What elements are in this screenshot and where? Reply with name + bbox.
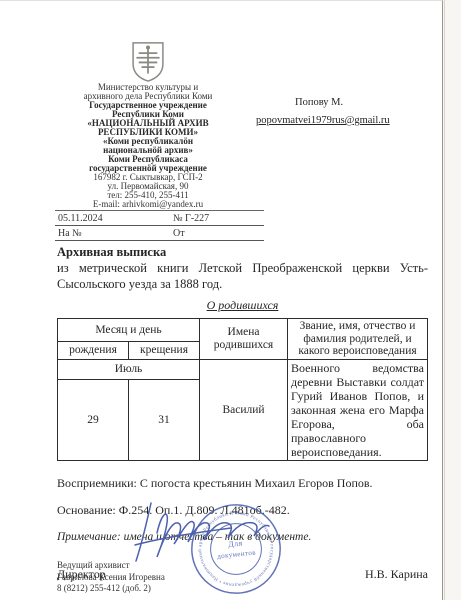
signer-name: Н.В. Карина — [365, 567, 428, 582]
doc-date: 05.11.2024 — [55, 213, 173, 224]
section-heading: О родившихся — [57, 298, 428, 313]
col-header-birth: рождения — [58, 341, 129, 359]
addressee-name: Попову М. — [295, 97, 343, 108]
cell-birth-day: 29 — [58, 380, 129, 460]
ref-block: 05.11.2024 № Г-227 На № От — [55, 210, 264, 241]
cell-child-name: Василий — [200, 359, 288, 460]
col-header-baptism: крещения — [129, 341, 200, 359]
cell-parents: Военного ведомства деревни Выставки солд… — [288, 359, 428, 460]
doc-number: № Г-227 — [173, 213, 264, 224]
section-heading-text: О родившихся — [207, 298, 279, 312]
ref-from-label: От — [173, 228, 264, 239]
addressee-email: popovmatvei1979rus@gmail.ru — [256, 115, 390, 126]
cell-baptism-day: 31 — [129, 380, 200, 460]
col-header-parents: Звание, имя, отчество и фамилия родителе… — [288, 319, 428, 360]
scan-edge — [444, 0, 461, 600]
executor-phone: 8 (8212) 255-412 (доб. 2) — [57, 583, 165, 595]
komi-coat-of-arms-icon — [129, 41, 167, 82]
ref-row-date-number: 05.11.2024 № Г-227 — [55, 210, 264, 226]
document-title: Архивная выписка — [57, 245, 428, 260]
org-header: Министерство культуры и архивного дела Р… — [38, 83, 258, 209]
col-header-names: Имена родившихся — [200, 319, 288, 360]
org-email: E-mail: arhivkomi@yandex.ru — [38, 200, 258, 209]
col-header-month-day: Месяц и день — [58, 319, 200, 342]
godparents-paragraph: Восприемники: С погоста крестьянин Михаи… — [57, 476, 428, 491]
birth-record-table: Месяц и день Имена родившихся Звание, им… — [57, 318, 428, 461]
document-page: Министерство культуры и архивного дела Р… — [0, 0, 443, 600]
ref-row-reply: На № От — [55, 226, 264, 241]
executor-name: Гаврилова Ксения Игоревна — [57, 572, 165, 584]
cell-month: Июль — [58, 359, 200, 380]
executor-footer: Ведущий архивист Гаврилова Ксения Игорев… — [57, 560, 165, 595]
document-intro: из метрической книги Летской Преображенс… — [57, 261, 428, 292]
handwritten-signature — [131, 491, 271, 571]
ref-on-no-label: На № — [55, 228, 173, 239]
executor-title: Ведущий архивист — [57, 560, 165, 572]
